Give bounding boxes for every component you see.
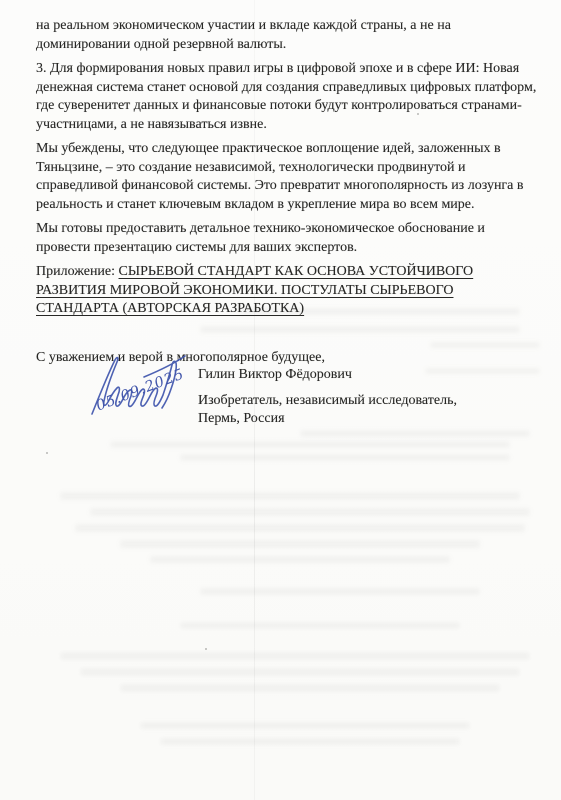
paragraph-conviction: Мы убеждены, что следующее практическое … [36,140,541,214]
signatory-role: Изобретатель, независимый исследователь, [198,392,457,411]
paragraph-currency-basis: на реальном экономическом участии и вкла… [36,17,541,54]
bleed-through-ghosting [120,684,500,692]
bleed-through-ghosting [150,556,450,563]
letter-body: на реальном экономическом участии и вкла… [36,0,541,367]
bleed-through-ghosting [120,540,480,548]
bleed-through-ghosting [180,622,460,629]
paragraph-point-3-digital-rules: 3. Для формирования новых правил игры в … [36,60,541,134]
scan-speck [205,648,207,650]
paragraph-attachment: Приложение: СЫРЬЕВОЙ СТАНДАРТ КАК ОСНОВА… [36,263,541,319]
scanned-letter-page: на реальном экономическом участии и вкла… [0,0,561,800]
bleed-through-ghosting [90,508,530,516]
bleed-through-ghosting [80,668,520,676]
bleed-through-ghosting [180,454,510,461]
paragraph-offer: Мы готовы предоставить детальное технико… [36,220,541,257]
bleed-through-ghosting [75,524,525,532]
bleed-through-ghosting [300,430,530,437]
signatory-block: Гилин Виктор Фёдорович Изобретатель, нез… [198,366,457,429]
signatory-location: Пермь, Россия [198,410,457,429]
scan-speck [46,452,48,454]
attachment-label: Приложение: [36,264,119,279]
bleed-through-ghosting [140,722,470,729]
signatory-name: Гилин Виктор Фёдорович [198,366,457,385]
bleed-through-ghosting [60,492,520,500]
bleed-through-ghosting [60,652,530,660]
bleed-through-ghosting [160,738,460,745]
bleed-through-ghosting [200,588,480,595]
bleed-through-ghosting [110,441,510,448]
